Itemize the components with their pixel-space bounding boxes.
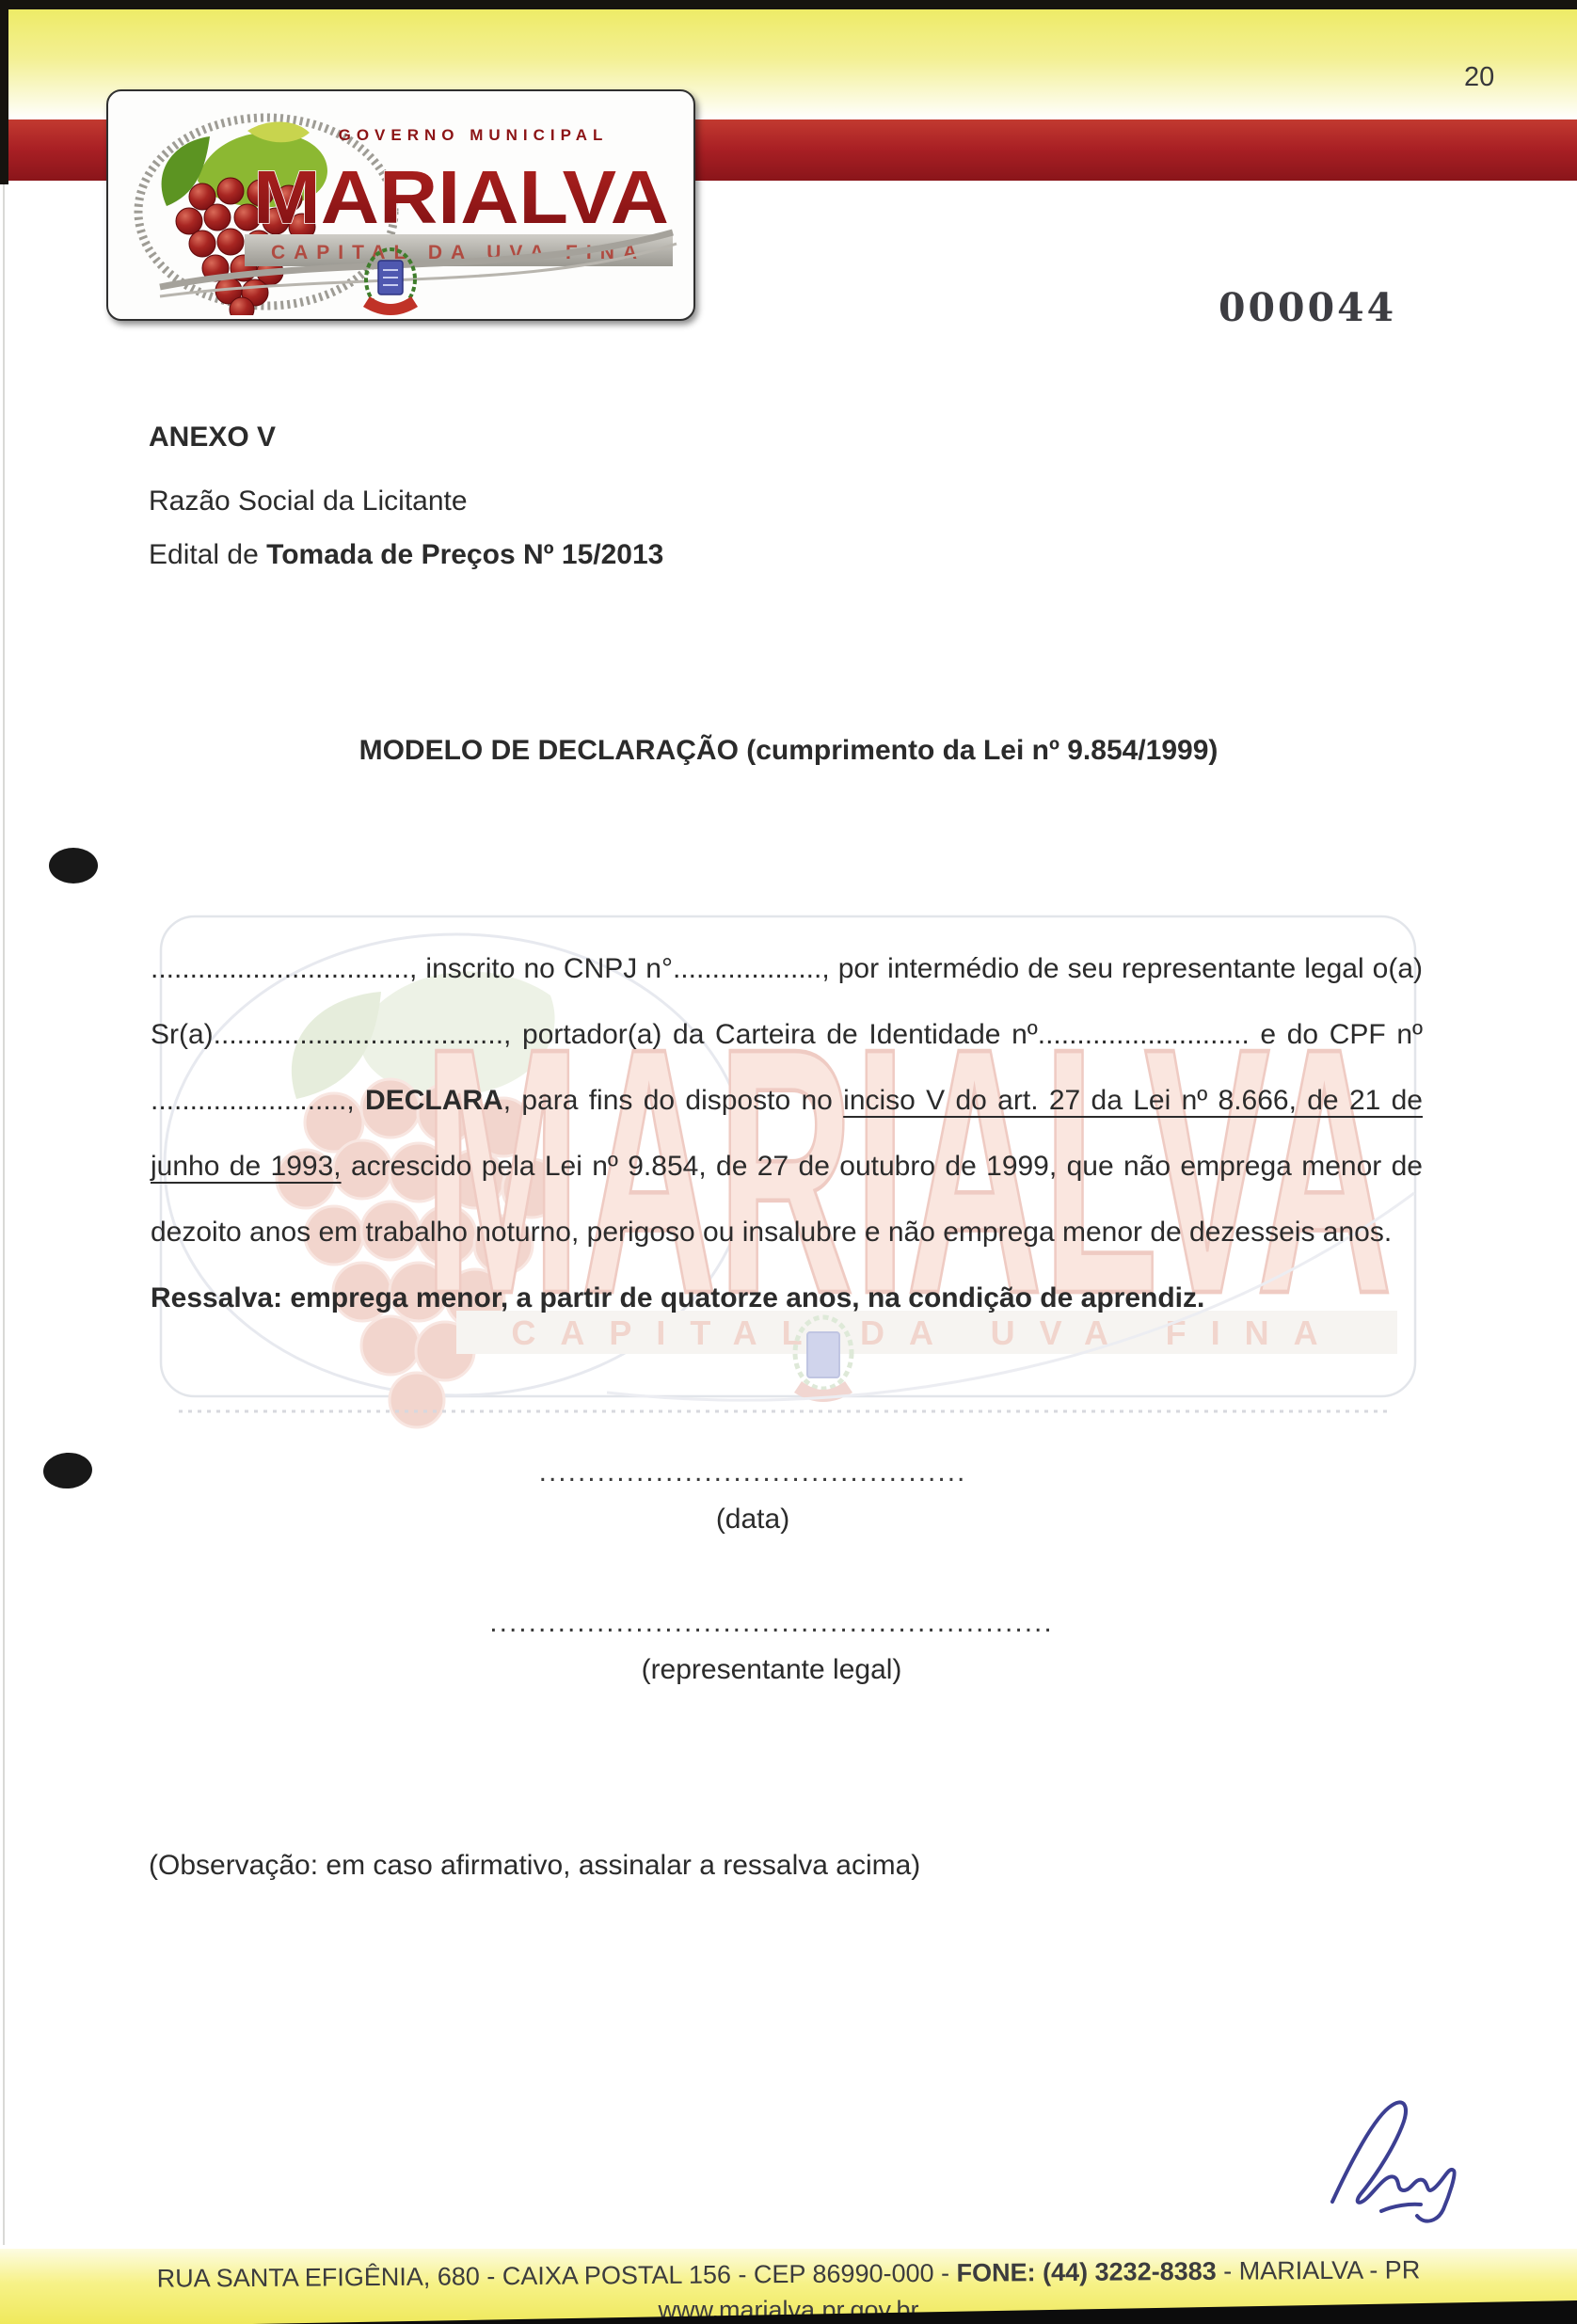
declara-keyword: DECLARA bbox=[365, 1085, 503, 1116]
company-name-line: Razão Social da Licitante bbox=[149, 485, 468, 517]
edital-line: Edital de Tomada de Preços Nº 15/2013 bbox=[149, 539, 663, 571]
representative-dotted-line: ........................................… bbox=[0, 1607, 1543, 1639]
observation-note: (Observação: em caso afirmativo, assinal… bbox=[149, 1850, 920, 1882]
document-title: MODELO DE DECLARAÇÃO (cumprimento da Lei… bbox=[0, 735, 1577, 767]
scan-top-edge bbox=[0, 0, 1577, 9]
scan-left-fold-line bbox=[3, 184, 5, 2245]
footer-address-pre: RUA SANTA EFIGÊNIA, 680 - CAIXA POSTAL 1… bbox=[157, 2259, 957, 2293]
footer-address-post: - MARIALVA - PR bbox=[1217, 2255, 1421, 2285]
marialva-logo-graphic: GOVERNO MUNICIPAL MARIALVA CAPITAL DA UV… bbox=[108, 91, 690, 315]
logo-city-name: MARIALVA bbox=[253, 155, 669, 239]
ressalva-line: Ressalva: emprega menor, a partir de qua… bbox=[151, 1265, 1423, 1331]
declaration-paragraph: ................................., inscr… bbox=[151, 936, 1423, 1331]
stamp-number: 000044 bbox=[1219, 285, 1396, 330]
declaration-part2: , para fins do disposto no bbox=[503, 1085, 843, 1116]
representative-label: (representante legal) bbox=[0, 1654, 1543, 1686]
page-number: 20 bbox=[1464, 62, 1494, 93]
date-signature-block: ........................................… bbox=[0, 1456, 1505, 1536]
marialva-logo: GOVERNO MUNICIPAL MARIALVA CAPITAL DA UV… bbox=[106, 89, 695, 321]
edital-prefix: Edital de bbox=[149, 539, 266, 570]
scan-left-edge bbox=[0, 0, 8, 184]
signature-icon bbox=[1315, 2091, 1480, 2227]
hole-punch-top bbox=[49, 848, 98, 883]
representative-signature-block: ........................................… bbox=[0, 1607, 1543, 1686]
footer-phone: FONE: (44) 3232-8383 bbox=[956, 2257, 1216, 2287]
date-label: (data) bbox=[0, 1504, 1505, 1536]
scanned-document-page: GOVERNO MUNICIPAL MARIALVA CAPITAL DA UV… bbox=[0, 0, 1577, 2324]
date-dotted-line: ........................................… bbox=[0, 1456, 1505, 1488]
annex-title: ANEXO V bbox=[149, 422, 276, 454]
logo-government-label: GOVERNO MUNICIPAL bbox=[339, 126, 609, 144]
edital-number: Tomada de Preços Nº 15/2013 bbox=[266, 539, 663, 570]
declaration-part3: acrescido pela Lei nº 9.854, de 27 de ou… bbox=[151, 1151, 1423, 1248]
